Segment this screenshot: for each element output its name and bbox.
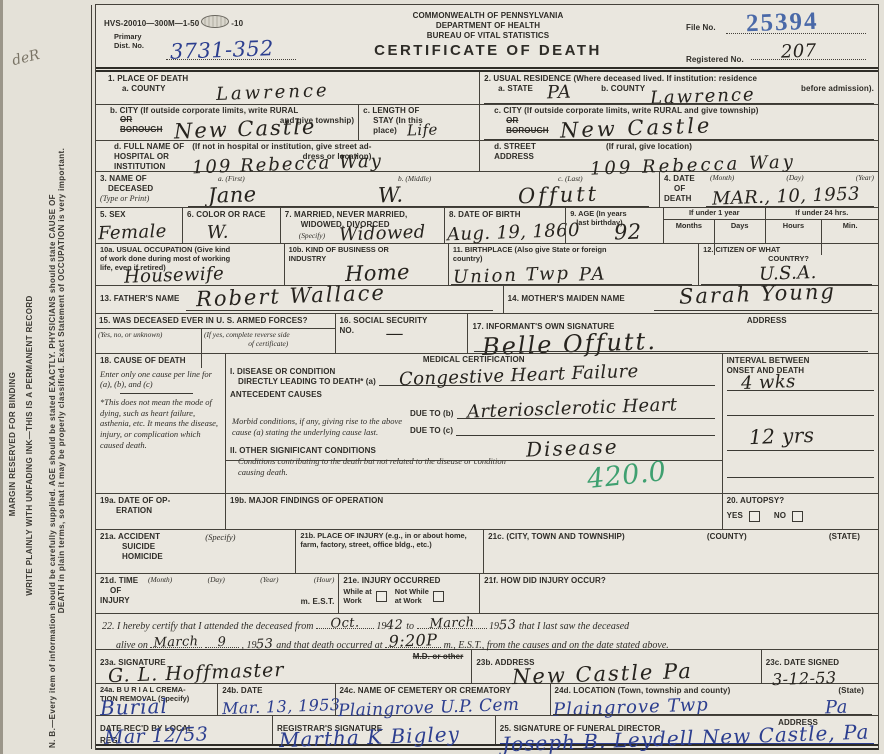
s22-toyear-value: 53	[499, 619, 517, 633]
s4-label3: DEATH	[664, 194, 710, 204]
s1b-struck-or: OR	[120, 115, 162, 125]
s22-hour-value: 9:20P	[385, 632, 442, 650]
s15-note3: of certificate)	[204, 340, 333, 349]
s10a-value: Housewife	[124, 265, 225, 286]
s21f-label: 21f. HOW DID INJURY OCCUR?	[484, 576, 874, 586]
s9-under1yr-label: If under 1 year	[664, 208, 765, 220]
s1c-length-label1: c. LENGTH OF	[363, 106, 475, 116]
section-5-sex: 5. SEX Female	[96, 208, 182, 243]
s18-medcert-title: MEDICAL CERTIFICATION	[226, 354, 722, 365]
section-1-place-of-death: 1. PLACE OF DEATH a. COUNTY Lawrence b. …	[96, 72, 479, 171]
s21e-notwhile-label2: at Work	[395, 597, 429, 606]
s19b-label: 19b. MAJOR FINDINGS OF OPERATION	[230, 496, 718, 506]
section-24c-cemetery: 24c. NAME OF CEMETERY OR CREMATORY Plain…	[335, 684, 550, 715]
s13-label: 13. FATHER'S NAME	[100, 294, 179, 303]
s17-address-label: ADDRESS	[747, 316, 787, 326]
row-sex-race-marital: 5. SEX Female 6. COLOR OR RACE W. 7. MAR…	[96, 208, 878, 244]
s1d-note1: (If not in hospital or institution, give…	[192, 142, 371, 152]
org-line3: BUREAU OF VITAL STATISTICS	[328, 31, 648, 41]
s14-value: Sarah Young	[678, 281, 835, 307]
s9-under24-label: If under 24 hrs.	[766, 208, 878, 220]
s1b-city-value: New Castle	[174, 117, 317, 143]
s22-alive-month-blank: March	[150, 635, 202, 648]
registered-no-label: Registered No.	[686, 55, 744, 64]
s11-value2: PA	[579, 266, 607, 285]
row-occupation-birthplace: 10a. USUAL OCCUPATION (Give kind of work…	[96, 244, 878, 286]
s21c-state-label: (STATE)	[829, 532, 860, 542]
section-17-informant: 17. INFORMANT'S OWN SIGNATURE ADDRESS Be…	[467, 314, 878, 353]
s21d-day-label: (Day)	[208, 576, 225, 585]
section-9-under-1yr: If under 1 year Months Days	[663, 208, 765, 243]
s7-value: Widowed	[338, 223, 425, 244]
s2-label1: 2. USUAL RESIDENCE (Where deceased lived…	[484, 74, 874, 84]
section-21e-injury-occurred: 21e. INJURY OCCURRED While at Work Not W…	[338, 574, 479, 613]
s2-label2: before admission).	[801, 84, 874, 102]
section-24b-date: 24b. DATE Mar. 13, 1953	[217, 684, 334, 715]
s18-dueto-b-value2: Disease	[526, 436, 619, 459]
s22-alive-day-value: 9	[205, 635, 239, 649]
s21d-label1: 21d. TIME	[100, 576, 148, 586]
section-18-medical-certification: MEDICAL CERTIFICATION I. DISEASE OR COND…	[225, 354, 722, 493]
s19a-label1: 19a. DATE OF OP-	[100, 496, 221, 506]
s1d-label1: d. FULL NAME OF	[114, 142, 184, 152]
section-registrar-signature: REGISTRAR'S SIGNATURE Martha K Bigley	[272, 716, 495, 744]
section-13-father: 13. FATHER'S NAME Robert Wallace	[96, 286, 503, 313]
s1c-length-value: Life	[407, 122, 438, 138]
s3-label3: (Type or Print)	[100, 194, 188, 204]
s24a-value: Burial	[100, 696, 169, 718]
s18-morbid-note: Morbid conditions, if any, giving rise t…	[232, 416, 412, 438]
section-20-autopsy: 20. AUTOPSY? YES NO	[722, 494, 878, 529]
s21d-label2: OF	[100, 586, 148, 596]
section-21f-how-injury: 21f. HOW DID INJURY OCCUR?	[479, 574, 878, 613]
s22-to-blank: March	[417, 616, 487, 629]
s11-label1: 11. BIRTHPLACE (Also give State or forei…	[453, 246, 694, 255]
s2c-struck-borough: BOROUGH	[506, 126, 548, 136]
s2c-struck-or: OR	[506, 116, 548, 126]
section-19a-operation-date: 19a. DATE OF OP- ERATION	[96, 494, 225, 529]
section-9-under-24hrs: If under 24 hrs. Hours Min.	[765, 208, 878, 243]
scanned-death-certificate: MARGIN RESERVED FOR BINDING WRITE PLAINL…	[0, 0, 884, 754]
row-certification: 22. I hereby certify that I attended the…	[96, 614, 878, 650]
s18-disease-value: Congestive Heart Failure	[399, 363, 639, 389]
s3-label1: 3. NAME OF	[100, 174, 188, 184]
s22-fromyear-value: 42	[386, 619, 404, 633]
s21c-label: 21c. (CITY, TOWN AND TOWNSHIP)	[488, 532, 625, 542]
bot-registrar-value: Martha K Bigley	[279, 724, 460, 750]
form-number: HVS-20010—300M—1-50	[104, 19, 199, 28]
row-parents: 13. FATHER'S NAME Robert Wallace 14. MOT…	[96, 286, 878, 314]
s21d-month-label: (Month)	[148, 576, 172, 585]
s18-note2: *This does not mean the mode of dying, s…	[100, 397, 221, 450]
s18-disease-label1: I. DISEASE OR CONDITION	[230, 367, 376, 377]
s13-value: Robert Wallace	[196, 283, 387, 311]
s3-middle-value: W.	[378, 185, 404, 207]
s8-label: 8. DATE OF BIRTH	[449, 210, 561, 220]
section-23b-address: 23b. ADDRESS New Castle Pa	[471, 650, 760, 683]
section-9-age: 9. AGE (In years last birthday) 92	[565, 208, 663, 243]
section-2-usual-residence: 2. USUAL RESIDENCE (Where deceased lived…	[479, 72, 878, 171]
injury-while-at-work-checkbox	[376, 591, 387, 602]
injury-not-while-at-work-checkbox	[433, 591, 444, 602]
s9-value: 92	[614, 222, 642, 244]
pencil-margin-note: deR	[10, 47, 41, 69]
s3-middle-label: b. (Middle)	[398, 175, 431, 184]
section-21b-place-of-injury: 21b. PLACE OF INJURY (e.g., in or about …	[295, 530, 483, 573]
s24d-state-label: (State)	[838, 686, 864, 696]
s22-alive-day-blank: 9	[205, 635, 239, 648]
section-21d-time-of-injury: 21d. TIME OF INJURY (Month) (Day) (Year)…	[96, 574, 338, 613]
s22-text5: that I last saw the deceased	[519, 621, 629, 632]
s24b-value: Mar. 13, 1953	[222, 697, 341, 717]
s7-specify-label: (Specify)	[299, 232, 325, 241]
s3-label2: DECEASED	[100, 184, 188, 194]
row-registrar: DATE REC'D BY LOCAL REG. Mar 12/53 REGIS…	[96, 716, 878, 744]
row-physician-signature: 23a. SIGNATURE M.D. or other G. L. Hoffm…	[96, 650, 878, 684]
section-18-left-column: 18. CAUSE OF DEATH Enter only one cause …	[96, 354, 225, 493]
s23c-label: 23c. DATE SIGNED	[766, 658, 839, 667]
form-header: HVS-20010—300M—1-50-10 Primary Dist. No.…	[96, 5, 878, 67]
s5-label: 5. SEX	[100, 210, 178, 220]
s16-value: —	[386, 325, 404, 343]
s21e-while-label2: Work	[343, 597, 371, 606]
s1a-county-value: Lawrence	[216, 82, 330, 104]
org-line1: COMMONWEALTH OF PENNSYLVANIA	[328, 11, 648, 21]
primary-dist-value: 3731-352	[170, 38, 274, 63]
section-21a-accident: 21a. ACCIDENT SUICIDE HOMICIDE (Specify)	[96, 530, 295, 573]
s21c-county-label: (COUNTY)	[707, 532, 747, 542]
margin-binding-note: MARGIN RESERVED FOR BINDING	[8, 313, 17, 575]
s21a-label1: 21a. ACCIDENT	[100, 532, 205, 542]
s20-label: 20. AUTOPSY?	[727, 496, 874, 506]
row-name-dateofdeath: 3. NAME OF DECEASED (Type or Print) a. (…	[96, 172, 878, 208]
s15-label: 15. WAS DECEASED EVER IN U. S. ARMED FOR…	[96, 314, 335, 328]
s18-interval-a-value: 4 wks	[740, 373, 795, 393]
s21a-label2: SUICIDE	[100, 542, 205, 552]
s21d-hour-label: (Hour)	[314, 576, 335, 585]
section-16-ssn: 16. SOCIAL SECURITY NO. —	[335, 314, 468, 353]
s18-interval-b-value: 12 yrs	[748, 424, 814, 446]
section-7-marital: 7. MARRIED, NEVER MARRIED, WIDOWED, DIVO…	[280, 208, 444, 243]
section-19b-findings: 19b. MAJOR FINDINGS OF OPERATION	[225, 494, 722, 529]
s23a-value: G. L. Hoffmaster	[108, 661, 285, 686]
s6-label: 6. COLOR OR RACE	[187, 210, 276, 220]
row-place-residence: 1. PLACE OF DEATH a. COUNTY Lawrence b. …	[96, 72, 878, 172]
s22-to-value: March	[416, 616, 486, 631]
s1d-label2: HOSPITAL OR	[114, 152, 184, 162]
section-11-birthplace: 11. BIRTHPLACE (Also give State or forei…	[448, 244, 698, 285]
form-number-suffix: -10	[231, 19, 243, 28]
s2d-label2: ADDRESS	[494, 152, 536, 162]
s24b-label: 24b. DATE	[222, 686, 330, 696]
s4-label1: 4. DATE	[664, 174, 710, 184]
section-23c-date-signed: 23c. DATE SIGNED 3-12-53	[761, 650, 878, 683]
section-24d-location: 24d. LOCATION (Town, township and county…	[550, 684, 878, 715]
section-12-citizen: 12. CITIZEN OF WHAT COUNTRY? U.S.A.	[698, 244, 878, 285]
s2a-state-value: PA	[547, 83, 572, 102]
s11-label2: country)	[453, 255, 694, 264]
s22-from-blank: Oct.	[316, 616, 374, 629]
bot-daterecd-value: Mar 12/53	[104, 725, 209, 748]
section-18-interval-column: INTERVAL BETWEEN ONSET AND DEATH 4 wks 1…	[722, 354, 878, 493]
autopsy-no-checkbox	[792, 511, 803, 522]
org-line2: DEPARTMENT OF HEALTH	[328, 21, 648, 31]
margin-nb-line1: N. B.—Every item of information should b…	[48, 13, 57, 748]
s22-hour-blank: 9:20P	[385, 635, 441, 648]
s18-dueto-c-label: DUE TO (c)	[410, 426, 453, 436]
s21b-label: 21b. PLACE OF INJURY (e.g., in or about …	[300, 532, 479, 550]
section-6-color-race: 6. COLOR OR RACE W.	[182, 208, 280, 243]
certificate-form: HVS-20010—300M—1-50-10 Primary Dist. No.…	[95, 4, 879, 750]
s2c-city-value: New Castle	[560, 115, 713, 141]
section-23a-signature: 23a. SIGNATURE M.D. or other G. L. Hoffm…	[96, 650, 471, 683]
s18-interval-label1: INTERVAL BETWEEN	[727, 356, 874, 366]
certificate-title: CERTIFICATE OF DEATH	[328, 42, 648, 59]
s23a-md-label: M.D. or other	[413, 652, 464, 662]
row-accident: 21a. ACCIDENT SUICIDE HOMICIDE (Specify)…	[96, 530, 878, 574]
file-no-label: File No.	[686, 23, 716, 32]
s8-value: Aug. 19, 1860	[447, 222, 580, 245]
s21a-specify-label: (Specify)	[205, 532, 235, 573]
s22-alive-month-value: March	[150, 635, 202, 650]
section-15-armed-forces: 15. WAS DECEASED EVER IN U. S. ARMED FOR…	[96, 314, 335, 353]
printers-union-stamp-icon	[201, 15, 229, 28]
section-date-received: DATE REC'D BY LOCAL REG. Mar 12/53	[96, 716, 272, 744]
s18-note1: Enter only one cause per line for (a), (…	[100, 369, 221, 390]
s22-text1: 22. I hereby certify that I attended the…	[102, 621, 313, 632]
s21d-est-label: m. E.S.T.	[148, 597, 334, 607]
s2d-label1: d. STREET	[494, 142, 536, 152]
s21d-label3: INJURY	[100, 596, 148, 606]
s22-from-value: Oct.	[316, 616, 374, 631]
section-8-date-of-birth: 8. DATE OF BIRTH Aug. 19, 1860	[444, 208, 565, 243]
s2a-state-label: a. STATE	[484, 84, 533, 102]
margin-nb-line2: DEATH in plain terms, so that it may be …	[57, 13, 66, 748]
section-3-name: 3. NAME OF DECEASED (Type or Print) a. (…	[96, 172, 659, 207]
s14-label: 14. MOTHER'S MAIDEN NAME	[508, 294, 625, 303]
margin-nb-note: N. B.—Every item of information should b…	[48, 13, 66, 748]
s18-dueto-b-value: Arteriosclerotic Heart	[466, 396, 677, 421]
s2b-county-label: b. COUNTY	[601, 84, 645, 102]
s1b-struck-borough: BOROUGH	[120, 125, 162, 135]
section-10b-industry: 10b. KIND OF BUSINESS OR INDUSTRY Home	[284, 244, 448, 285]
row-operation-autopsy: 19a. DATE OF OP- ERATION 19b. MAJOR FIND…	[96, 494, 878, 530]
primary-dist-label-line2: Dist. No.	[114, 42, 144, 51]
registered-no-value: 207	[781, 42, 817, 61]
s20-yes-label: YES	[727, 511, 743, 521]
section-4-date-of-death: 4. DATE OF DEATH (Month) (Day) (Year) MA…	[659, 172, 878, 207]
s3-last-value: Offutt	[518, 184, 600, 208]
s18-code-value: 420.0	[586, 458, 668, 493]
s18-dueto-b-label: DUE TO (b)	[410, 409, 454, 419]
row-cause-of-death: 18. CAUSE OF DEATH Enter only one cause …	[96, 354, 878, 494]
s18-disease-label2: DIRECTLY LEADING TO DEATH* (a)	[230, 377, 376, 387]
s4-label2: OF	[664, 184, 710, 194]
section-21c-location: 21c. (CITY, TOWN AND TOWNSHIP) (COUNTY) …	[483, 530, 878, 573]
s18-other-label: II. OTHER SIGNIFICANT CONDITIONS	[226, 444, 722, 456]
row-time-of-injury: 21d. TIME OF INJURY (Month) (Day) (Year)…	[96, 574, 878, 614]
row-burial: 24a. B U R I A L CREMA- TION REMOVAL (Sp…	[96, 684, 878, 716]
s18-label: 18. CAUSE OF DEATH	[100, 356, 221, 366]
s22-line1: 22. I hereby certify that I attended the…	[102, 616, 872, 635]
margin-permanent-record-note: WRITE PLAINLY WITH UNFADING INK—THIS IS …	[25, 183, 34, 708]
section-24a-burial: 24a. B U R I A L CREMA- TION REMOVAL (Sp…	[96, 684, 217, 715]
s22-text4: 19	[489, 621, 499, 632]
s5-value: Female	[98, 223, 167, 243]
s7-label1: 7. MARRIED, NEVER MARRIED,	[285, 210, 440, 220]
s3-first-value: Jane	[208, 184, 257, 207]
s1d-label3: INSTITUTION	[114, 162, 184, 172]
autopsy-yes-checkbox	[749, 511, 760, 522]
section-14-mother: 14. MOTHER'S MAIDEN NAME Sarah Young	[503, 286, 878, 313]
row-armedforces-ssn-informant: 15. WAS DECEASED EVER IN U. S. ARMED FOR…	[96, 314, 878, 354]
s21e-label: 21e. INJURY OCCURRED	[343, 576, 475, 586]
s6-value: W.	[207, 224, 230, 243]
s20-no-label: NO	[774, 511, 786, 521]
s19a-label2: ERATION	[100, 506, 221, 516]
section-10a-occupation: 10a. USUAL OCCUPATION (Give kind of work…	[96, 244, 284, 285]
s21a-label3: HOMICIDE	[100, 552, 205, 562]
s21d-year-label: (Year)	[260, 576, 278, 585]
section-25-funeral-director: 25. SIGNATURE OF FUNERAL DIRECTOR ADDRES…	[495, 716, 878, 744]
